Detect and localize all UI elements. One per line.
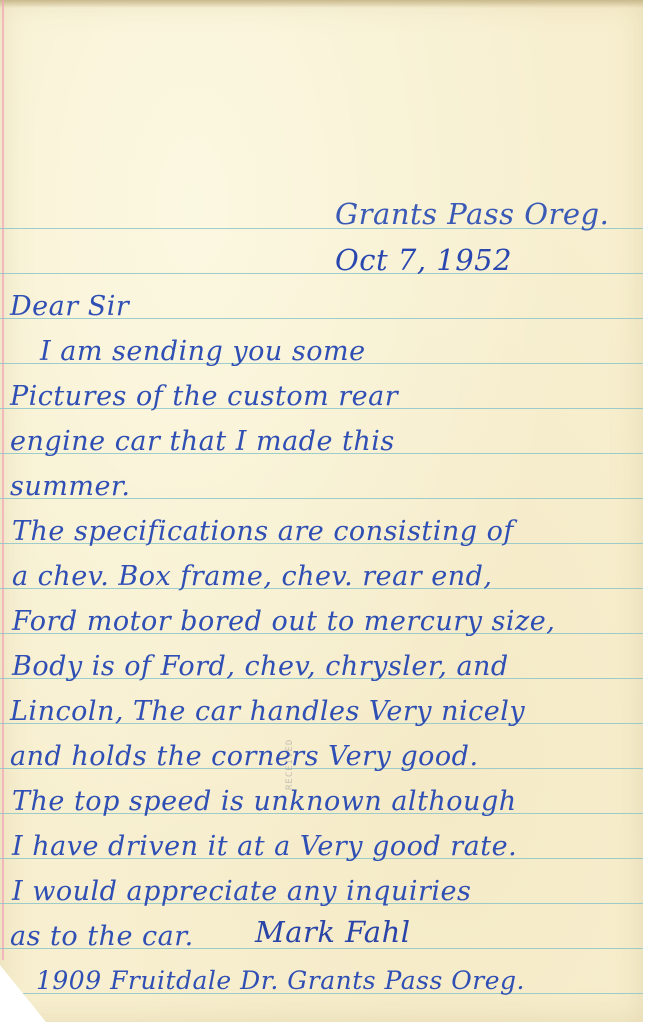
letter-body-line: The top speed is unknown although [12, 788, 517, 815]
letter-signature: Mark Fahl [255, 918, 411, 947]
margin-rule [2, 0, 4, 960]
letter-place: Grants Pass Oreg. [335, 200, 609, 229]
letter-body-line: summer. [10, 473, 130, 500]
letter-body-line: Ford motor bored out to mercury size, [12, 608, 555, 635]
letter-body-line: a chev. Box frame, chev. rear end, [12, 563, 492, 590]
letter-body-line: Body is of Ford, chev, chrysler, and [12, 653, 509, 680]
letter-address: 1909 Fruitdale Dr. Grants Pass Oreg. [36, 968, 525, 993]
letter-body-line: Lincoln, The car handles Very nicely [10, 698, 525, 725]
letter-body-line: engine car that I made this [10, 428, 395, 455]
letter-body-line: I would appreciate any inquiries [12, 878, 471, 905]
letter-salutation: Dear Sir [10, 293, 129, 320]
paper-top-edge [0, 0, 643, 8]
letter-body-line: I have driven it at a Very good rate. [12, 833, 517, 860]
letter-date: Oct 7, 1952 [335, 246, 512, 275]
letter-body-line: and holds the corners Very good. [10, 743, 479, 770]
ruled-line [0, 273, 643, 274]
letter-paper: RECEIVED Grants Pass Oreg. Oct 7, 1952 D… [0, 0, 643, 1022]
letter-body-line: as to the car. [10, 923, 194, 950]
letter-body-line: The specifications are consisting of [12, 518, 514, 545]
letter-body-line: Pictures of the custom rear [10, 383, 398, 410]
letter-body-line: I am sending you some [40, 338, 366, 365]
